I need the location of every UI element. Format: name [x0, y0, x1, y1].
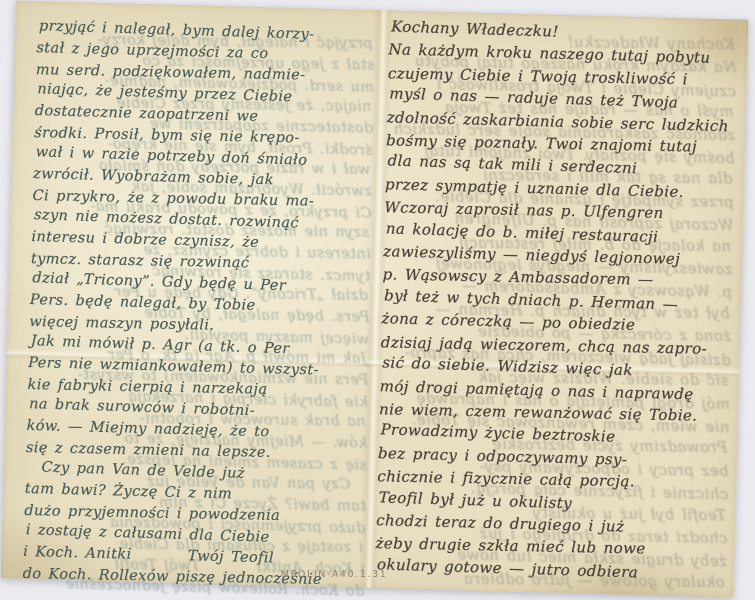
handwritten-text: Kochany Władeczku!Na każdym kroku naszeg…	[375, 16, 740, 585]
archive-reference: MPOLIN-A40.1.31	[281, 569, 388, 580]
letter-page-left: przyjąć i nalegał, bym dalej korzy-stał …	[22, 17, 377, 593]
scan-background: przyjąć i nalegał, bym dalej korzy-stał …	[0, 0, 755, 600]
letter-page-right: Kochany Władeczku!Na każdym kroku naszeg…	[375, 16, 740, 585]
handwritten-text: przyjąć i nalegał, bym dalej korzy-stał …	[22, 17, 377, 593]
letter-paper: przyjąć i nalegał, bym dalej korzy-stał …	[1, 1, 749, 598]
